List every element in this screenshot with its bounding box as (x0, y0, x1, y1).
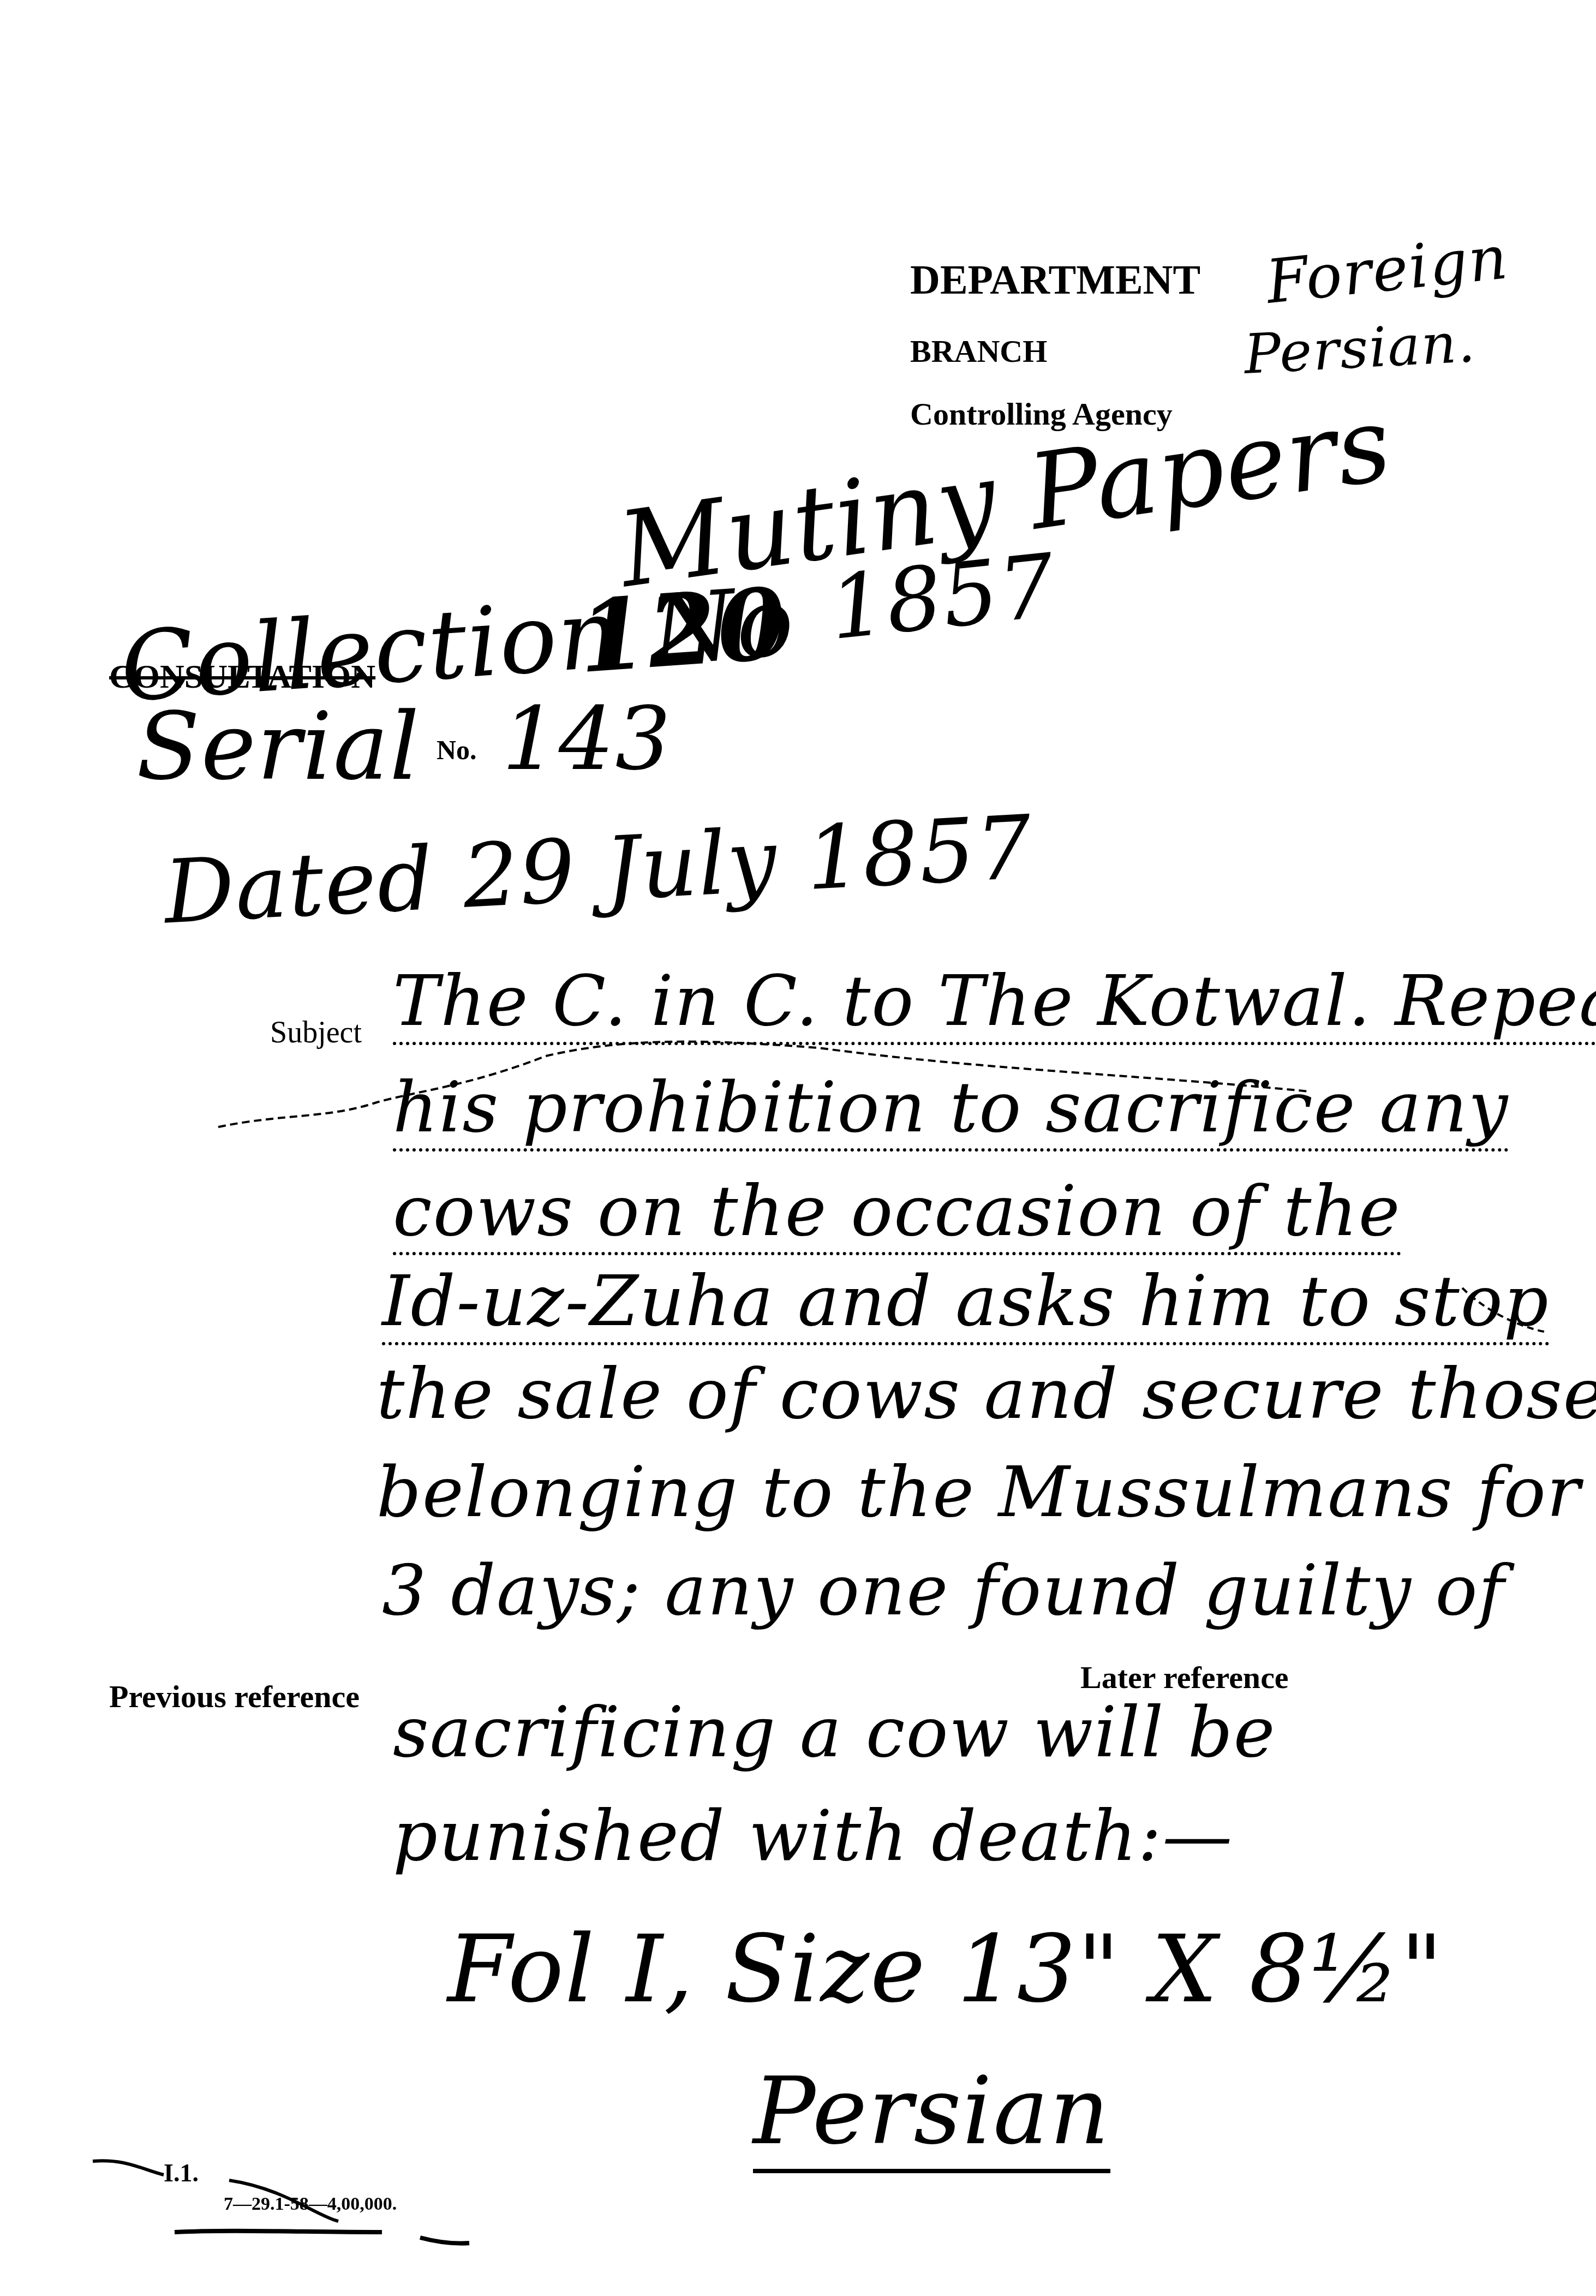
paper-tear-marks (0, 0, 1596, 2296)
